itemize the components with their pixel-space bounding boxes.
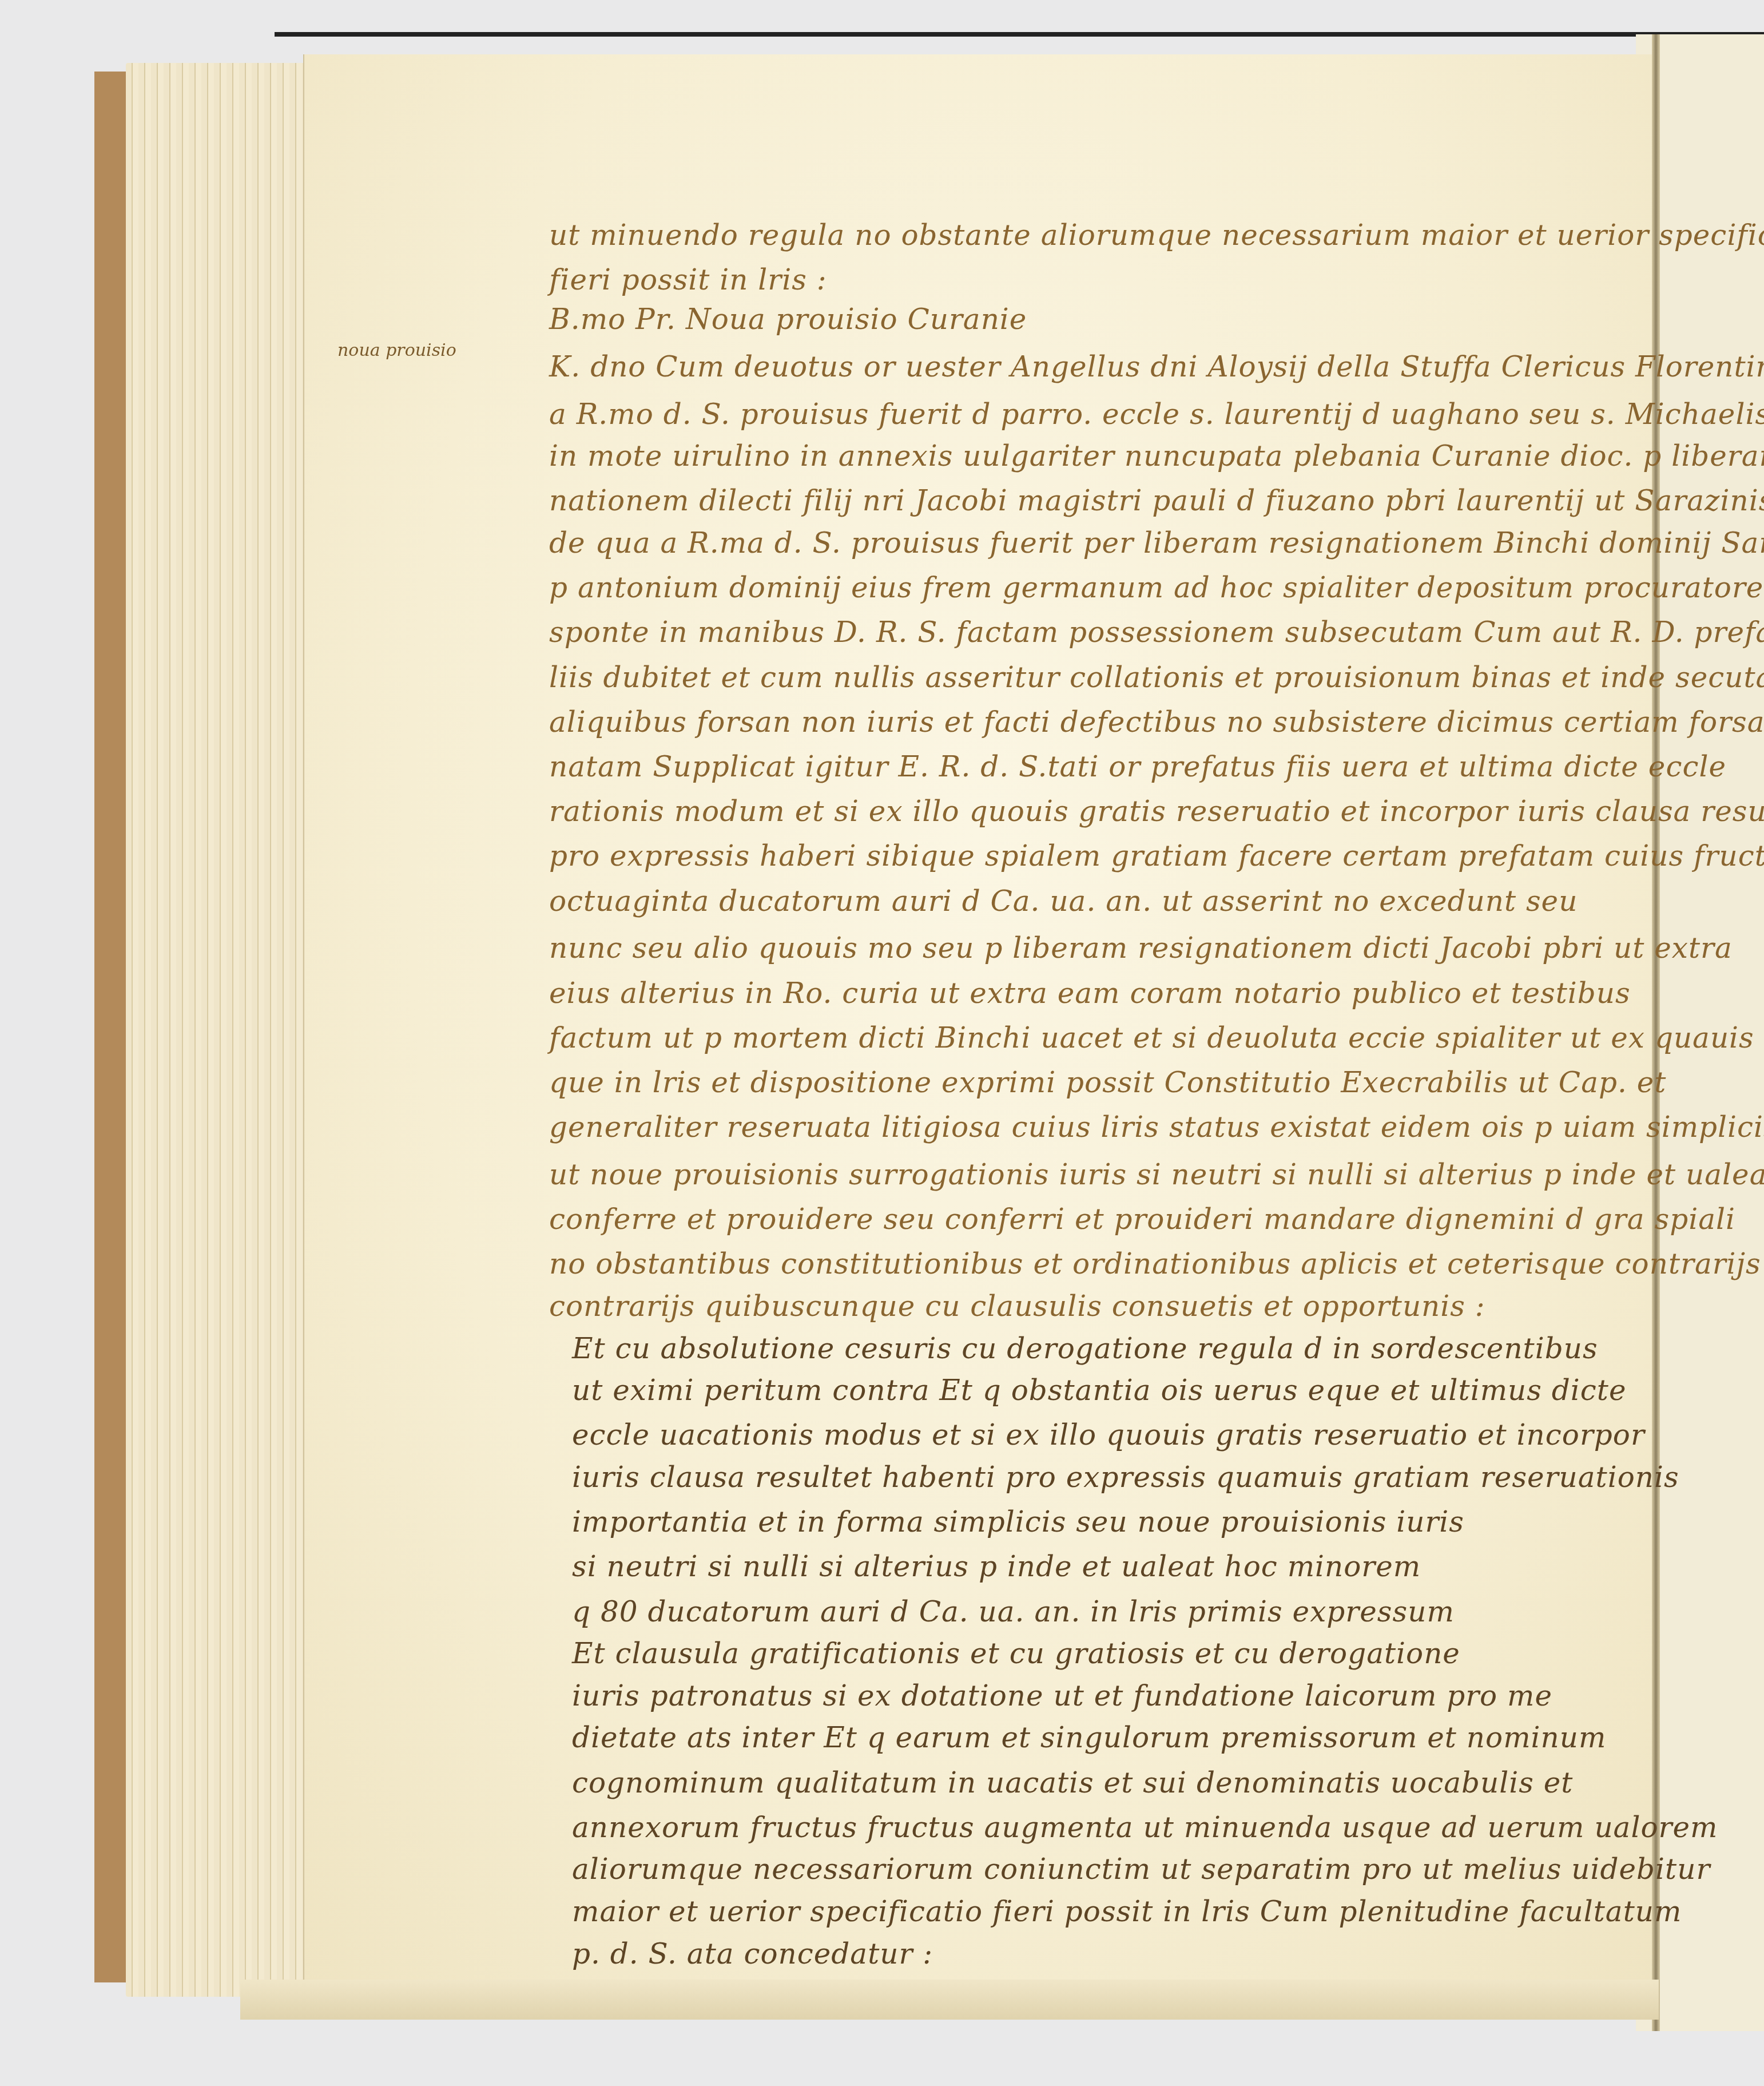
cover-edge (275, 32, 1764, 37)
manuscript-line: K. dno Cum deuotus or uester Angellus dn… (549, 350, 1764, 383)
manuscript-line: importantia et in forma simplicis seu no… (572, 1505, 1464, 1538)
manuscript-line: cognominum qualitatum in uacatis et sui … (572, 1766, 1573, 1799)
manuscript-line: p. d. S. ata concedatur : (572, 1937, 933, 1970)
manuscript-line: rationis modum et si ex illo quouis grat… (549, 795, 1764, 828)
page-stack (126, 63, 309, 1997)
manuscript-line: contrarijs quibuscunque cu clausulis con… (549, 1290, 1485, 1323)
manuscript-line: ut eximi peritum contra Et q obstantia o… (572, 1374, 1627, 1407)
manuscript-line: eccle uacationis modus et si ex illo quo… (572, 1418, 1645, 1452)
manuscript-line: nunc seu alio quouis mo seu p liberam re… (549, 931, 1733, 965)
manuscript-line: que in lris et dispositione exprimi poss… (549, 1066, 1666, 1099)
manuscript-line: liis dubitet et cum nullis asseritur col… (549, 661, 1764, 694)
manuscript-line: ut noue prouisionis surrogationis iuris … (549, 1158, 1764, 1191)
manuscript-line: p antonium dominij eius frem germanum ad… (549, 571, 1764, 604)
manuscript-line: eius alterius in Ro. curia ut extra eam … (549, 977, 1631, 1010)
manuscript-line: si neutri si nulli si alterius p inde et… (572, 1550, 1421, 1583)
manuscript-line: B.mo Pr. Noua prouisio Curanie (549, 303, 1027, 336)
manuscript-line: fieri possit in lris : (549, 263, 827, 296)
manuscript-line: conferre et prouidere seu conferri et pr… (549, 1203, 1735, 1236)
page-bottom-edge (240, 1980, 1659, 2020)
manuscript-line: pro expressis haberi sibique spialem gra… (549, 839, 1764, 873)
manuscript-line: in mote uirulino in annexis uulgariter n… (549, 439, 1764, 473)
manuscript-line: aliorumque necessariorum coniunctim ut s… (572, 1853, 1710, 1886)
manuscript-line: de qua a R.ma d. S. prouisus fuerit per … (549, 526, 1764, 560)
manuscript-line: dietate ats inter Et q earum et singulor… (572, 1721, 1606, 1754)
manuscript-line: iuris clausa resultet habenti pro expres… (572, 1461, 1679, 1494)
margin-note: noua prouisio (337, 340, 456, 360)
manuscript-line: maior et uerior specificatio fieri possi… (572, 1895, 1682, 1928)
manuscript-line: sponte in manibus D. R. S. factam posses… (549, 616, 1764, 649)
manuscript-line: iuris patronatus si ex dotatione ut et f… (572, 1679, 1552, 1712)
manuscript-line: octuaginta ducatorum auri d Ca. ua. an. … (549, 885, 1578, 918)
manuscript-line: factum ut p mortem dicti Binchi uacet et… (549, 1021, 1754, 1054)
manuscript-line: Et clausula gratificationis et cu gratio… (572, 1637, 1460, 1670)
manuscript-line: no obstantibus constitutionibus et ordin… (549, 1247, 1764, 1280)
manuscript-line: Et cu absolutione cesuris cu derogatione… (572, 1332, 1598, 1365)
manuscript-line: ut minuendo regula no obstante aliorumqu… (549, 219, 1764, 252)
manuscript-line: generaliter reseruata litigiosa cuius li… (549, 1111, 1764, 1144)
manuscript-line: nationem dilecti filij nri Jacobi magist… (549, 484, 1764, 517)
manuscript-line: a R.mo d. S. prouisus fuerit d parro. ec… (549, 398, 1764, 431)
manuscript-line: aliquibus forsan non iuris et facti defe… (549, 705, 1764, 739)
manuscript-line: annexorum fructus fructus augmenta ut mi… (572, 1811, 1718, 1844)
manuscript-line: natam Supplicat igitur E. R. d. S.tati o… (549, 750, 1726, 783)
manuscript-line: q 80 ducatorum auri d Ca. ua. an. in lri… (572, 1595, 1455, 1628)
